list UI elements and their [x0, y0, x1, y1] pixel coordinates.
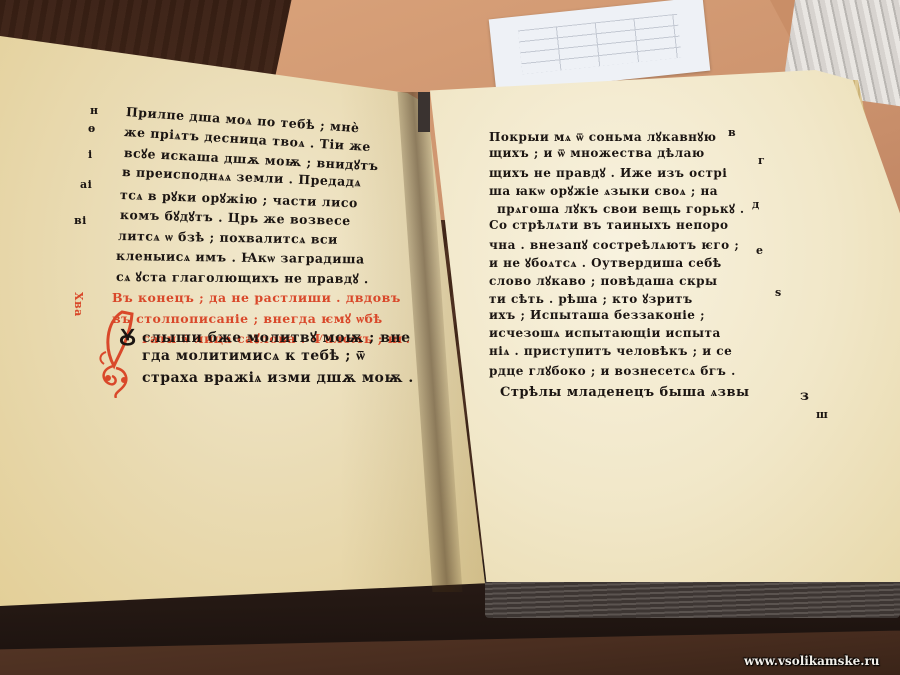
watermark-text: www.vsolikamske.ru — [744, 654, 880, 668]
margin-number: е — [756, 244, 764, 257]
text-line: ша ꙗкѡ орꙋжіе ѧзыки своѧ ; на — [489, 182, 718, 199]
text-line: щихъ не правдꙋ . Иже изъ острі — [489, 164, 727, 181]
text-line: чна . внезапꙋ состреѣлѧютъ ѥго ; — [489, 236, 739, 253]
text-line: ти сѣть . рѣша ; кто ꙋзритъ — [489, 290, 693, 307]
margin-number: ѕ — [775, 286, 782, 299]
margin-number: д — [752, 198, 760, 211]
margin-number: ві — [74, 214, 87, 227]
margin-number: аі — [80, 178, 92, 191]
text-line: и не ꙋбоѧтсѧ . Оутвердиша себѣ — [489, 254, 722, 271]
book-cover-edge — [485, 578, 900, 618]
text-line: исчезошѧ испытающіи испыта — [489, 326, 721, 341]
margin-number: ѳ — [88, 122, 96, 135]
rubric-line: въ столпописаніе ; внегда ѥмꙋ ѡбѣ — [112, 310, 383, 327]
rubric-line: Въ конецъ ; да не растлиши . двдовъ — [112, 290, 401, 305]
margin-number: в — [728, 126, 736, 139]
table-grid-printout — [518, 14, 682, 74]
initial-letter: Ꙋ — [119, 322, 137, 352]
margin-rubric: Хва — [72, 292, 85, 317]
margin-number: г — [758, 154, 765, 167]
text-line: страха вражіѧ изми дшѫ моѭ . — [142, 370, 414, 387]
text-line: сѧ ꙋста глаголющихъ не правдꙋ . — [116, 268, 369, 287]
text-line: слово лꙋкаво ; повѣдаша скры — [489, 272, 718, 289]
text-line: Со стрѣлѧти въ таиныхъ непоро — [489, 218, 729, 233]
text-line: щихъ ; и ѿ множества дѣлаю — [489, 146, 705, 161]
text-line: ніѧ . приступитъ человѣкъ ; и се — [489, 344, 732, 359]
text-line: ихъ ; Испыташа беззаконіе ; — [489, 308, 705, 322]
margin-number: н — [90, 104, 99, 117]
margin-number: з — [800, 388, 809, 404]
text-line: рдце глꙋбоко ; и вознесетсѧ бгъ . — [489, 362, 736, 379]
text-line: слыши бже молитвꙋ моѭ ; вне — [142, 328, 411, 347]
text-line: гда молитимисѧ к тебѣ ; ѿ — [142, 348, 365, 365]
spine-binding — [418, 92, 430, 132]
photo-scene: н ѳ і аі ві Хва Прилпе дша моѧ по тебѣ ;… — [0, 0, 900, 675]
text-line: прѧгоша лꙋкъ свои вещь горькꙋ . — [497, 200, 745, 217]
text-line: Стрѣлы младенецъ быша ѧзвы — [500, 384, 750, 400]
text-line: Покрыи мѧ ѿ соньма лꙋкавнꙋю — [489, 128, 716, 145]
margin-number: і — [88, 148, 93, 161]
margin-number: ш — [816, 408, 828, 421]
